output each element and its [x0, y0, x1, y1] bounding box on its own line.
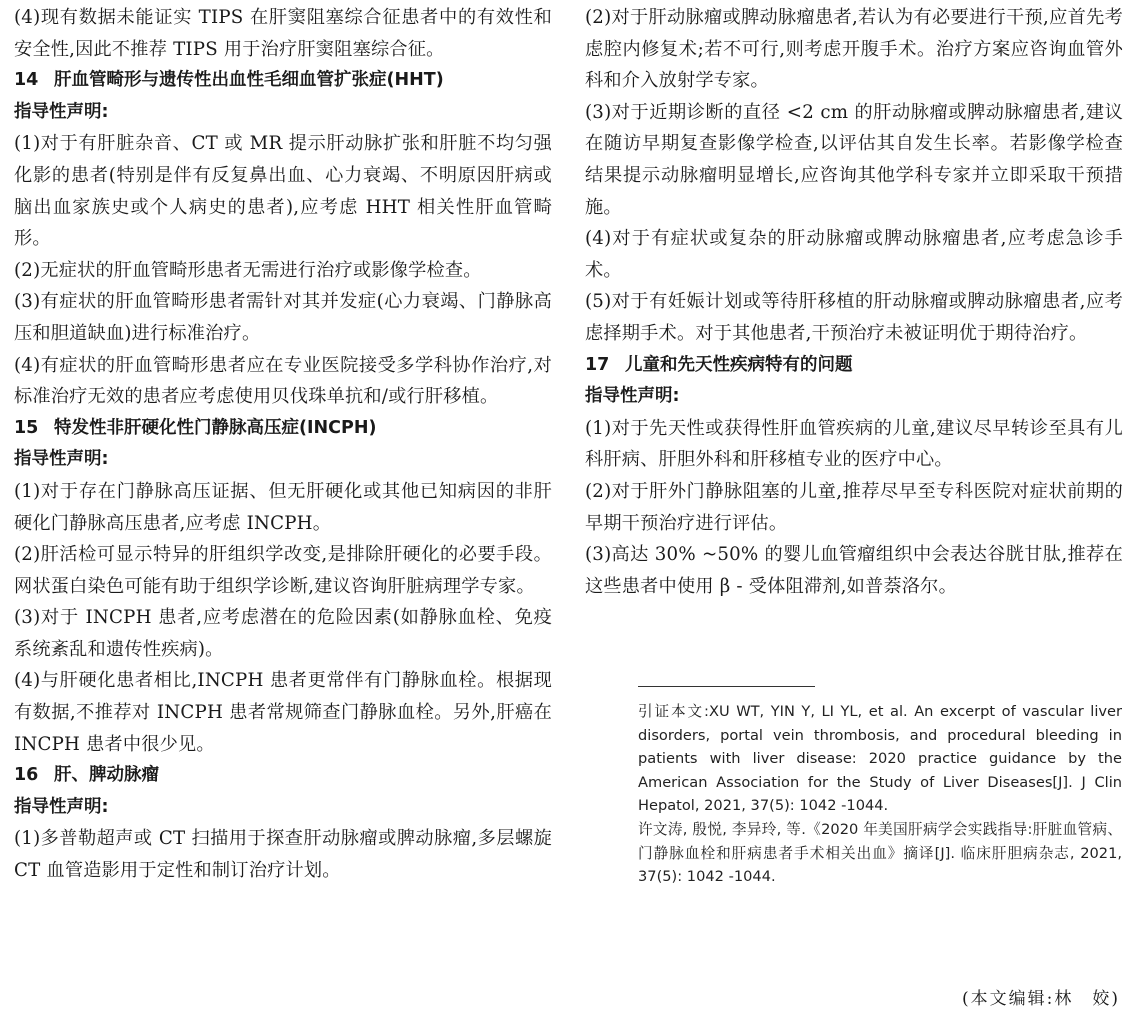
editor-note: (本文编辑:林 姣) [962, 984, 1120, 1009]
section-heading: 15特发性非肝硬化性门静脉高压症(INCPH) [14, 413, 552, 445]
subheading: 指导性声明: [585, 381, 1123, 413]
statement-item: (1)对于先天性或获得性肝血管疾病的儿童,建议尽早转诊至具有儿科肝病、肝胆外科和… [585, 413, 1123, 476]
statement-item: (2)对于肝动脉瘤或脾动脉瘤患者,若认为有必要进行干预,应首先考虑腔内修复术;若… [585, 2, 1123, 97]
subheading: 指导性声明: [14, 444, 552, 476]
statement-item: (3)高达 30% ~50% 的婴儿血管瘤组织中会表达谷胱甘肽,推荐在这些患者中… [585, 539, 1123, 602]
statement-item: (1)对于存在门静脉高压证据、但无肝硬化或其他已知病因的非肝硬化门静脉高压患者,… [14, 476, 552, 539]
section-heading: 17儿童和先天性疾病特有的问题 [585, 350, 1123, 382]
statement-item: (4)与肝硬化患者相比,INCPH 患者更常伴有门静脉血栓。根据现有数据,不推荐… [14, 665, 552, 760]
section-number: 16 [14, 760, 54, 792]
right-column: (2)对于肝动脉瘤或脾动脉瘤患者,若认为有必要进行干预,应首先考虑腔内修复术;若… [585, 2, 1123, 602]
statement-item: (2)无症状的肝血管畸形患者无需进行治疗或影像学检查。 [14, 255, 552, 287]
section-16-continued: (2)对于肝动脉瘤或脾动脉瘤患者,若认为有必要进行干预,应首先考虑腔内修复术;若… [585, 2, 1123, 350]
section-title: 肝血管畸形与遗传性出血性毛细血管扩张症(HHT) [54, 70, 444, 90]
statement-item: (1)多普勒超声或 CT 扫描用于探查肝动脉瘤或脾动脉瘤,多层螺旋 CT 血管造… [14, 823, 552, 886]
statement-item: (4)有症状的肝血管畸形患者应在专业医院接受多学科协作治疗,对标准治疗无效的患者… [14, 350, 552, 413]
paragraph-tips-4: (4)现有数据未能证实 TIPS 在肝窦阻塞综合征患者中的有效性和安全性,因此不… [14, 2, 552, 65]
statement-item: (5)对于有妊娠计划或等待肝移植的肝动脉瘤或脾动脉瘤患者,应考虑择期手术。对于其… [585, 286, 1123, 349]
section-heading: 14肝血管畸形与遗传性出血性毛细血管扩张症(HHT) [14, 65, 552, 97]
section-number: 14 [14, 65, 54, 97]
citation-footnote: 引证本文:XU WT, YIN Y, LI YL, et al. An exce… [638, 700, 1122, 889]
section-14: 14肝血管畸形与遗传性出血性毛细血管扩张症(HHT) 指导性声明: (1)对于有… [14, 65, 552, 413]
section-title: 肝、脾动脉瘤 [54, 765, 159, 785]
statement-item: (3)对于 INCPH 患者,应考虑潜在的危险因素(如静脉血栓、免疫系统紊乱和遗… [14, 602, 552, 665]
statement-item: (1)对于有肝脏杂音、CT 或 MR 提示肝动脉扩张和肝脏不均匀强化影的患者(特… [14, 128, 552, 254]
section-title: 儿童和先天性疾病特有的问题 [625, 355, 853, 375]
citation-chinese: 许文涛, 殷悦, 李异玲, 等.《2020 年美国肝病学会实践指导:肝脏血管病、… [638, 818, 1122, 889]
citation-english: 引证本文:XU WT, YIN Y, LI YL, et al. An exce… [638, 700, 1122, 818]
statement-item: (4)对于有症状或复杂的肝动脉瘤或脾动脉瘤患者,应考虑急诊手术。 [585, 223, 1123, 286]
statement-item: (2)肝活检可显示特异的肝组织学改变,是排除肝硬化的必要手段。网状蛋白染色可能有… [14, 539, 552, 602]
section-title: 特发性非肝硬化性门静脉高压症(INCPH) [54, 418, 376, 438]
section-16: 16肝、脾动脉瘤 指导性声明: (1)多普勒超声或 CT 扫描用于探查肝动脉瘤或… [14, 760, 552, 886]
subheading: 指导性声明: [14, 97, 552, 129]
statement-item: (2)对于肝外门静脉阻塞的儿童,推荐尽早至专科医院对症状前期的早期干预治疗进行评… [585, 476, 1123, 539]
left-column: (4)现有数据未能证实 TIPS 在肝窦阻塞综合征患者中的有效性和安全性,因此不… [14, 2, 552, 887]
section-number: 17 [585, 350, 625, 382]
statement-item: (3)对于近期诊断的直径 <2 cm 的肝动脉瘤或脾动脉瘤患者,建议在随访早期复… [585, 97, 1123, 223]
section-15: 15特发性非肝硬化性门静脉高压症(INCPH) 指导性声明: (1)对于存在门静… [14, 413, 552, 761]
footnote-divider [638, 686, 815, 687]
statement-item: (3)有症状的肝血管畸形患者需针对其并发症(心力衰竭、门静脉高压和胆道缺血)进行… [14, 286, 552, 349]
section-17: 17儿童和先天性疾病特有的问题 指导性声明: (1)对于先天性或获得性肝血管疾病… [585, 350, 1123, 603]
section-heading: 16肝、脾动脉瘤 [14, 760, 552, 792]
section-number: 15 [14, 413, 54, 445]
subheading: 指导性声明: [14, 792, 552, 824]
